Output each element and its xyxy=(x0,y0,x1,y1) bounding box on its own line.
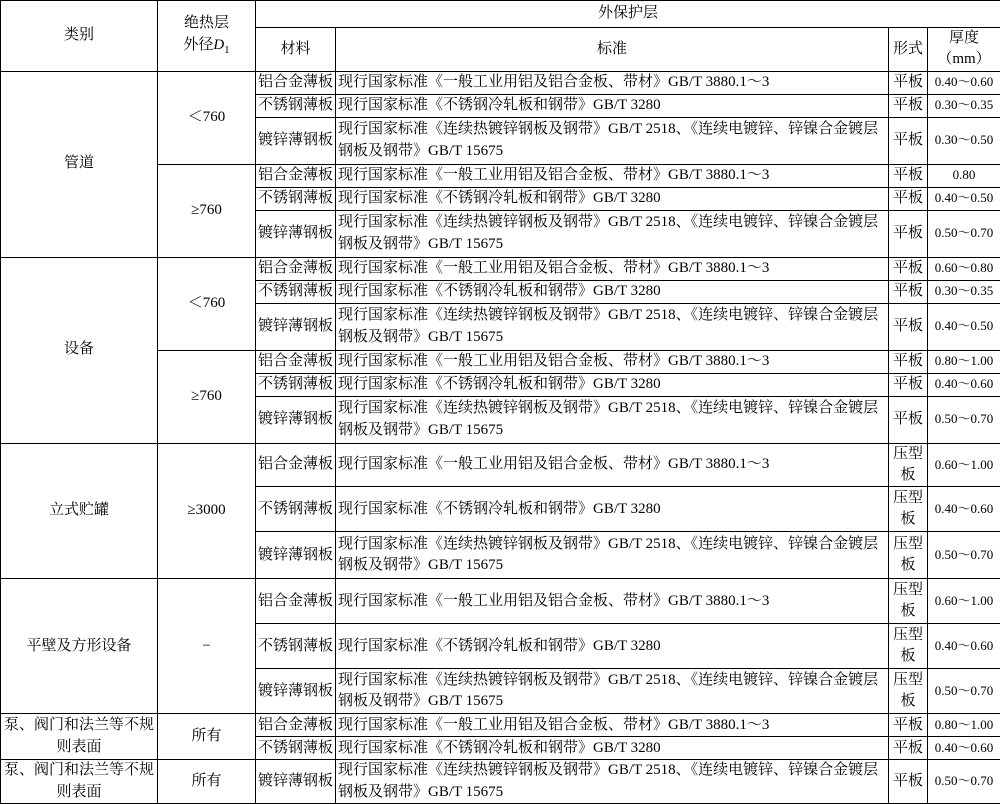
header-thickness-line1: 厚度 xyxy=(949,30,979,46)
form-cell: 平板 xyxy=(889,210,928,257)
thickness-cell: 0.40～0.50 xyxy=(928,187,1000,210)
material-cell: 铝合金薄板 xyxy=(256,714,336,737)
thickness-cell: 0.30～0.35 xyxy=(928,94,1000,117)
form-cell: 压型板 xyxy=(889,579,928,624)
header-outer-layer: 外保护层 xyxy=(256,1,1000,28)
form-cell: 压型板 xyxy=(889,532,928,579)
thickness-cell: 0.30～0.35 xyxy=(928,280,1000,303)
standard-cell: 现行国家标准《一般工业用铝及铝合金板、带材》GB/T 3880.1～3 xyxy=(336,71,889,94)
material-cell: 铝合金薄板 xyxy=(256,579,336,624)
header-category: 类别 xyxy=(1,1,158,72)
thickness-cell: 0.60～1.00 xyxy=(928,443,1000,487)
material-cell: 不锈钢薄板 xyxy=(256,487,336,532)
form-cell: 平板 xyxy=(889,350,928,373)
material-cell: 不锈钢薄板 xyxy=(256,624,336,669)
form-cell: 平板 xyxy=(889,257,928,280)
form-cell: 压型板 xyxy=(889,624,928,669)
header-diameter-line2: 外径 xyxy=(183,37,213,53)
category-cell: 泵、阀门和法兰等不规则表面 xyxy=(1,760,158,804)
form-cell: 平板 xyxy=(889,303,928,350)
diameter-cell: ≥3000 xyxy=(158,443,256,579)
material-cell: 不锈钢薄板 xyxy=(256,187,336,210)
thickness-cell: 0.80～1.00 xyxy=(928,350,1000,373)
material-cell: 镀锌薄钢板 xyxy=(256,303,336,350)
standard-cell: 现行国家标准《不锈钢冷轧板和钢带》GB/T 3280 xyxy=(336,737,889,760)
header-form: 形式 xyxy=(889,28,928,72)
protective-layer-table: 类别 绝热层 外径D1 外保护层 材料 标准 形式 厚度 （mm） 管道 ＜76… xyxy=(0,0,1000,804)
standard-cell: 现行国家标准《不锈钢冷轧板和钢带》GB/T 3280 xyxy=(336,487,889,532)
standard-cell: 现行国家标准《连续热镀锌钢板及钢带》GB/T 2518、《连续电镀锌、锌镍合金镀… xyxy=(336,210,889,257)
material-cell: 镀锌薄钢板 xyxy=(256,117,336,164)
thickness-cell: 0.40～0.60 xyxy=(928,487,1000,532)
material-cell: 不锈钢薄板 xyxy=(256,737,336,760)
table-row: 管道 ＜760 铝合金薄板 现行国家标准《一般工业用铝及铝合金板、带材》GB/T… xyxy=(1,71,1000,94)
header-diameter: 绝热层 外径D1 xyxy=(158,1,256,72)
material-cell: 镀锌薄钢板 xyxy=(256,396,336,443)
form-cell: 平板 xyxy=(889,71,928,94)
header-material: 材料 xyxy=(256,28,336,72)
form-cell: 平板 xyxy=(889,94,928,117)
diameter-cell: − xyxy=(158,579,256,714)
header-diameter-symbol: D xyxy=(213,37,224,53)
thickness-cell: 0.80～1.00 xyxy=(928,714,1000,737)
standard-cell: 现行国家标准《不锈钢冷轧板和钢带》GB/T 3280 xyxy=(336,280,889,303)
category-cell: 立式贮罐 xyxy=(1,443,158,579)
category-cell: 设备 xyxy=(1,257,158,443)
form-cell: 平板 xyxy=(889,187,928,210)
standard-cell: 现行国家标准《连续热镀锌钢板及钢带》GB/T 2518、《连续电镀锌、锌镍合金镀… xyxy=(336,303,889,350)
standard-cell: 现行国家标准《一般工业用铝及铝合金板、带材》GB/T 3880.1～3 xyxy=(336,714,889,737)
material-cell: 铝合金薄板 xyxy=(256,71,336,94)
standard-cell: 现行国家标准《一般工业用铝及铝合金板、带材》GB/T 3880.1～3 xyxy=(336,257,889,280)
diameter-cell: ≥760 xyxy=(158,164,256,257)
diameter-cell: ≥760 xyxy=(158,350,256,443)
material-cell: 铝合金薄板 xyxy=(256,164,336,187)
thickness-cell: 0.50～0.70 xyxy=(928,669,1000,714)
material-cell: 镀锌薄钢板 xyxy=(256,210,336,257)
thickness-cell: 0.50～0.70 xyxy=(928,760,1000,804)
material-cell: 不锈钢薄板 xyxy=(256,94,336,117)
material-cell: 铝合金薄板 xyxy=(256,350,336,373)
category-cell: 管道 xyxy=(1,71,158,257)
thickness-cell: 0.50～0.70 xyxy=(928,210,1000,257)
thickness-cell: 0.60～1.00 xyxy=(928,579,1000,624)
form-cell: 平板 xyxy=(889,117,928,164)
form-cell: 平板 xyxy=(889,714,928,737)
diameter-cell: 所有 xyxy=(158,714,256,760)
standard-cell: 现行国家标准《连续热镀锌钢板及钢带》GB/T 2518、《连续电镀锌、锌镍合金镀… xyxy=(336,669,889,714)
material-cell: 不锈钢薄板 xyxy=(256,373,336,396)
form-cell: 平板 xyxy=(889,760,928,804)
header-standard: 标准 xyxy=(336,28,889,72)
table-row: 立式贮罐 ≥3000 铝合金薄板 现行国家标准《一般工业用铝及铝合金板、带材》G… xyxy=(1,443,1000,487)
form-cell: 平板 xyxy=(889,396,928,443)
thickness-cell: 0.40～0.60 xyxy=(928,373,1000,396)
standard-cell: 现行国家标准《连续热镀锌钢板及钢带》GB/T 2518、《连续电镀锌、锌镍合金镀… xyxy=(336,532,889,579)
standard-cell: 现行国家标准《不锈钢冷轧板和钢带》GB/T 3280 xyxy=(336,187,889,210)
thickness-cell: 0.50～0.70 xyxy=(928,396,1000,443)
table-row: 泵、阀门和法兰等不规则表面 所有 镀锌薄钢板 现行国家标准《连续热镀锌钢板及钢带… xyxy=(1,760,1000,804)
thickness-cell: 0.40～0.60 xyxy=(928,737,1000,760)
diameter-cell: ＜760 xyxy=(158,257,256,350)
header-diameter-subscript: 1 xyxy=(224,44,230,56)
thickness-cell: 0.30～0.50 xyxy=(928,117,1000,164)
material-cell: 铝合金薄板 xyxy=(256,257,336,280)
standard-cell: 现行国家标准《连续热镀锌钢板及钢带》GB/T 2518、《连续电镀锌、锌镍合金镀… xyxy=(336,760,889,804)
form-cell: 平板 xyxy=(889,373,928,396)
thickness-cell: 0.40～0.60 xyxy=(928,624,1000,669)
material-cell: 不锈钢薄板 xyxy=(256,280,336,303)
category-cell: 平壁及方形设备 xyxy=(1,579,158,714)
thickness-cell: 0.50～0.70 xyxy=(928,532,1000,579)
thickness-cell: 0.40～0.50 xyxy=(928,303,1000,350)
category-cell: 泵、阀门和法兰等不规则表面 xyxy=(1,714,158,760)
standard-cell: 现行国家标准《不锈钢冷轧板和钢带》GB/T 3280 xyxy=(336,373,889,396)
standard-cell: 现行国家标准《不锈钢冷轧板和钢带》GB/T 3280 xyxy=(336,624,889,669)
header-diameter-line1: 绝热层 xyxy=(184,15,229,31)
header-thickness-line2: （mm） xyxy=(937,51,990,67)
table-row: 平壁及方形设备 − 铝合金薄板 现行国家标准《一般工业用铝及铝合金板、带材》GB… xyxy=(1,579,1000,624)
standard-cell: 现行国家标准《连续热镀锌钢板及钢带》GB/T 2518、《连续电镀锌、锌镍合金镀… xyxy=(336,396,889,443)
form-cell: 平板 xyxy=(889,164,928,187)
standard-cell: 现行国家标准《一般工业用铝及铝合金板、带材》GB/T 3880.1～3 xyxy=(336,443,889,487)
table-row: 泵、阀门和法兰等不规则表面 所有 铝合金薄板 现行国家标准《一般工业用铝及铝合金… xyxy=(1,714,1000,737)
form-cell: 平板 xyxy=(889,280,928,303)
standard-cell: 现行国家标准《一般工业用铝及铝合金板、带材》GB/T 3880.1～3 xyxy=(336,579,889,624)
standard-cell: 现行国家标准《一般工业用铝及铝合金板、带材》GB/T 3880.1～3 xyxy=(336,164,889,187)
material-cell: 铝合金薄板 xyxy=(256,443,336,487)
form-cell: 压型板 xyxy=(889,669,928,714)
thickness-cell: 0.40～0.60 xyxy=(928,71,1000,94)
standard-cell: 现行国家标准《连续热镀锌钢板及钢带》GB/T 2518、《连续电镀锌、锌镍合金镀… xyxy=(336,117,889,164)
table-row: 设备 ＜760 铝合金薄板 现行国家标准《一般工业用铝及铝合金板、带材》GB/T… xyxy=(1,257,1000,280)
header-thickness: 厚度 （mm） xyxy=(928,28,1000,72)
material-cell: 镀锌薄钢板 xyxy=(256,669,336,714)
thickness-cell: 0.60～0.80 xyxy=(928,257,1000,280)
form-cell: 压型板 xyxy=(889,487,928,532)
material-cell: 镀锌薄钢板 xyxy=(256,760,336,804)
standard-cell: 现行国家标准《不锈钢冷轧板和钢带》GB/T 3280 xyxy=(336,94,889,117)
standard-cell: 现行国家标准《一般工业用铝及铝合金板、带材》GB/T 3880.1～3 xyxy=(336,350,889,373)
form-cell: 平板 xyxy=(889,737,928,760)
thickness-cell: 0.80 xyxy=(928,164,1000,187)
material-cell: 镀锌薄钢板 xyxy=(256,532,336,579)
form-cell: 压型板 xyxy=(889,443,928,487)
diameter-cell: 所有 xyxy=(158,760,256,804)
diameter-cell: ＜760 xyxy=(158,71,256,164)
